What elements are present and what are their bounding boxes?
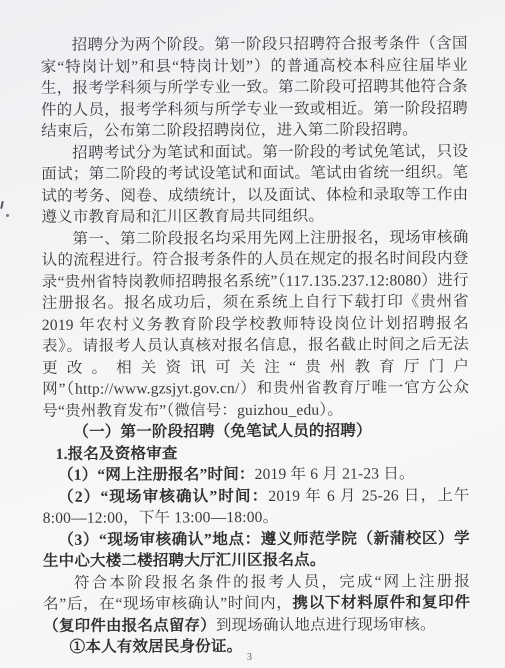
paragraph: 第一、第二阶段报名均采用先网上注册报名，现场审核确认的流程进行。符合报考条件的人… [41,227,469,422]
paragraph: （3）“现场审核确认”地点：遵义师范学院（新蒲校区）学生中心大楼二楼招聘大厅汇川… [43,528,470,573]
paragraph: 招聘考试分为笔试和面试。第一阶段的考试免笔试，只设面试；第二阶段的考试设笔试和面… [41,141,468,229]
paragraph: 符合本阶段报名条件的报考人员，完成“网上注册报名”后，在“现场审核确认”时间内，… [43,571,470,637]
paragraph: （2）“现场审核确认”时间：2019 年 6 月 25-26 日，上午 8:00… [43,485,470,530]
text-segment: 到现场确认地点进行现场审核。 [216,616,436,634]
text-segment: 2019 年 6 月 21-23 日。 [255,465,415,483]
page-number: 3 [0,652,499,663]
bold-text-segment: （2）“现场审核确认”时间： [58,487,268,505]
bold-text-segment: （3）“现场审核确认”地点：遵义师范学院（新蒲校区）学生中心大楼二楼招聘大厅汇川… [43,530,470,570]
scan-artifact-dot [6,214,9,217]
scanned-document-page: 招聘分为两个阶段。第一阶段只招聘符合报考条件（含国家“特岗计划”和县“特岗计划”… [0,0,505,668]
bold-text-segment: 1.报名及资格审查 [56,445,178,463]
scan-artifact-speck [0,201,4,209]
paragraph: （1）“网上注册报名”时间：2019 年 6 月 21-23 日。 [43,463,470,486]
text-segment: 招聘分为两个阶段。第一阶段只招聘符合报考条件（含国家“特岗计划”和县“特岗计划”… [41,35,468,140]
document-body: 招聘分为两个阶段。第一阶段只招聘符合报考条件（含国家“特岗计划”和县“特岗计划”… [41,33,471,658]
bold-text-segment: （1）“网上注册报名”时间： [58,466,255,484]
paragraph: （一）第一阶段招聘（免笔试人员的招聘） [42,420,469,443]
paragraph: 1.报名及资格审查 [42,442,469,465]
text-segment: 招聘考试分为笔试和面试。第一阶段的考试免笔试，只设面试；第二阶段的考试设笔试和面… [41,143,468,226]
text-segment: 第一、第二阶段报名均采用先网上注册报名，现场审核确认的流程进行。符合报考条件的人… [42,229,470,420]
paragraph: 招聘分为两个阶段。第一阶段只招聘符合报考条件（含国家“特岗计划”和县“特岗计划”… [41,33,468,142]
bold-text-segment: （一）第一阶段招聘（免笔试人员的招聘） [73,422,371,440]
